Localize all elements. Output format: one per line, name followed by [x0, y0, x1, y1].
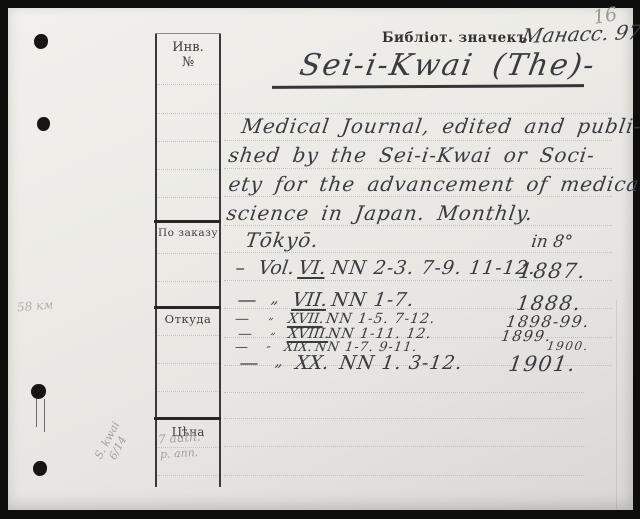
volume-year: 1900. — [546, 339, 590, 353]
column-row-line-5 — [157, 197, 218, 199]
description-line-2: shed by the Sei-i-Kwai or Soci- — [227, 143, 597, 167]
column-row-line-4 — [157, 169, 218, 171]
column-divider-3 — [154, 417, 221, 420]
description-line-4: science in Japan. Monthly. — [225, 201, 535, 225]
column-row-line-1 — [157, 84, 218, 86]
pencil-price-note-2: p. ann. — [160, 446, 199, 461]
column-row-line-10 — [157, 391, 218, 393]
pencil-price-note-1: 7 auth. — [158, 430, 202, 447]
hole-punch-3 — [31, 384, 46, 399]
ruled-line-3 — [224, 168, 612, 170]
column-top-line — [155, 33, 221, 34]
volume-issues: NN 1-7. — [330, 289, 416, 311]
card-edge-line — [616, 300, 617, 509]
column-row-line-8 — [157, 335, 218, 337]
volume-numeral: XVII. — [287, 311, 325, 327]
ruled-line-14 — [224, 475, 584, 477]
label-inventory-line2: № — [156, 55, 220, 70]
place-name: Tōkyō. — [244, 228, 321, 252]
column-divider-2 — [154, 306, 221, 309]
description-line-3: ety for the advancement of medical — [227, 172, 640, 196]
volume-numeral: XX. — [294, 352, 330, 374]
volume-prefix: Vol. — [257, 257, 296, 279]
column-row-line-7 — [157, 281, 218, 283]
format-note: in 8° — [530, 232, 574, 252]
ruled-line-4 — [224, 196, 612, 198]
volume-ditto-mark: „ — [266, 340, 272, 350]
hole-punch-2 — [37, 117, 50, 131]
volume-dash: — — [238, 352, 259, 374]
column-divider-1 — [154, 220, 221, 223]
card-title: Sei-i-Kwai (The)- — [297, 48, 599, 83]
library-mark-value: Манасс. 9788. — [520, 19, 640, 48]
ink-drip-2 — [44, 399, 45, 432]
scanned-catalog-card: 16 Инв. № По заказу Откуда Цѣна Библіот.… — [0, 0, 640, 519]
volume-issues: NN 2-3. 7-9. 11-12. — [330, 257, 538, 279]
label-order: По заказу — [156, 227, 220, 239]
hole-punch-4 — [33, 461, 47, 476]
label-origin: Откуда — [156, 312, 220, 326]
volume-numeral: VI. — [297, 257, 327, 279]
column-row-line-12 — [157, 475, 218, 477]
volume-issues: NN 1. 3-12. — [338, 352, 464, 374]
hole-punch-1 — [34, 34, 48, 49]
volume-year: 1899. — [500, 327, 553, 345]
column-row-line-2 — [157, 113, 218, 115]
column-row-line-3 — [157, 141, 218, 143]
ruled-line-6 — [224, 252, 612, 254]
label-inventory-line1: Инв. — [156, 40, 220, 55]
ink-drip-1 — [36, 399, 37, 427]
ruled-line-11 — [224, 392, 584, 394]
volume-dash: — — [236, 289, 257, 311]
ruled-line-12 — [224, 418, 584, 420]
label-inventory: Инв. № — [156, 40, 220, 70]
column-row-line-6 — [157, 253, 218, 255]
library-mark-label: Библіот. значекъ: — [382, 30, 533, 46]
volume-numeral: VII. — [291, 289, 329, 311]
description-line-1: Medical Journal, edited and publi- — [240, 114, 640, 138]
volume-year: 1887. — [517, 259, 588, 283]
ruled-line-2 — [224, 140, 612, 142]
ruled-line-13 — [224, 446, 584, 448]
volume-issues: NN 1-5. 7-12. — [325, 311, 437, 327]
volume-dash: — — [234, 311, 249, 327]
ruled-line-5 — [224, 225, 612, 227]
volume-year: 1901. — [507, 352, 578, 376]
column-row-line-9 — [157, 363, 218, 365]
